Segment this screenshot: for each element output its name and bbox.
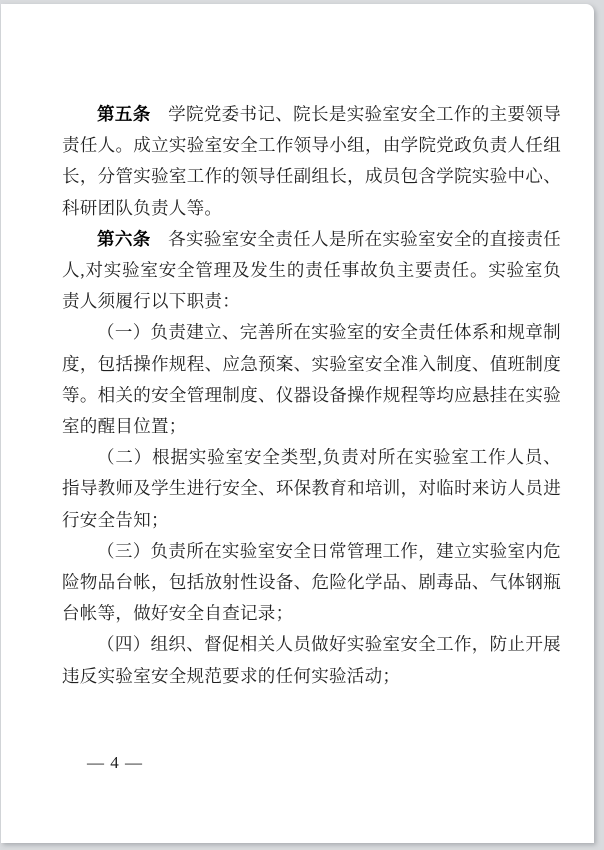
duty-item-3: （三）负责所在实验室安全日常管理工作，建立实验室内危险物品台帐，包括放射性设备、… [62, 536, 561, 630]
clause-text: （三）负责所在实验室安全日常管理工作，建立实验室内危险物品台帐，包括放射性设备、… [62, 541, 561, 623]
duty-item-1: （一）负责建立、完善所在实验室的安全责任体系和规章制度，包括操作规程、应急预案、… [62, 317, 561, 442]
clause-number: 第五条 [97, 104, 151, 124]
clause-text: （二）根据实验室安全类型,负责对所在实验室工作人员、指导教师及学生进行安全、环保… [62, 447, 561, 529]
document-body: 第五条学院党委书记、院长是实验室安全工作的主要领导责任人。成立实验室安全工作领导… [62, 99, 561, 692]
duty-item-4: （四）组织、督促相关人员做好实验室安全工作，防止开展违反实验室安全规范要求的任何… [62, 629, 561, 691]
clause-number: 第六条 [97, 229, 151, 249]
duty-item-2: （二）根据实验室安全类型,负责对所在实验室工作人员、指导教师及学生进行安全、环保… [62, 442, 561, 536]
clause-text: （一）负责建立、完善所在实验室的安全责任体系和规章制度，包括操作规程、应急预案、… [62, 322, 561, 436]
article-clause-5: 第五条学院党委书记、院长是实验室安全工作的主要领导责任人。成立实验室安全工作领导… [62, 99, 561, 224]
document-page: 第五条学院党委书记、院长是实验室安全工作的主要领导责任人。成立实验室安全工作领导… [1, 4, 594, 843]
article-clause-6: 第六条各实验室安全责任人是所在实验室安全的直接责任人,对实验室安全管理及发生的责… [62, 224, 561, 318]
document-viewport: 第五条学院党委书记、院长是实验室安全工作的主要领导责任人。成立实验室安全工作领导… [0, 0, 604, 850]
page-number: — 4 — [87, 753, 143, 773]
clause-text: （四）组织、督促相关人员做好实验室安全工作，防止开展违反实验室安全规范要求的任何… [62, 634, 561, 685]
